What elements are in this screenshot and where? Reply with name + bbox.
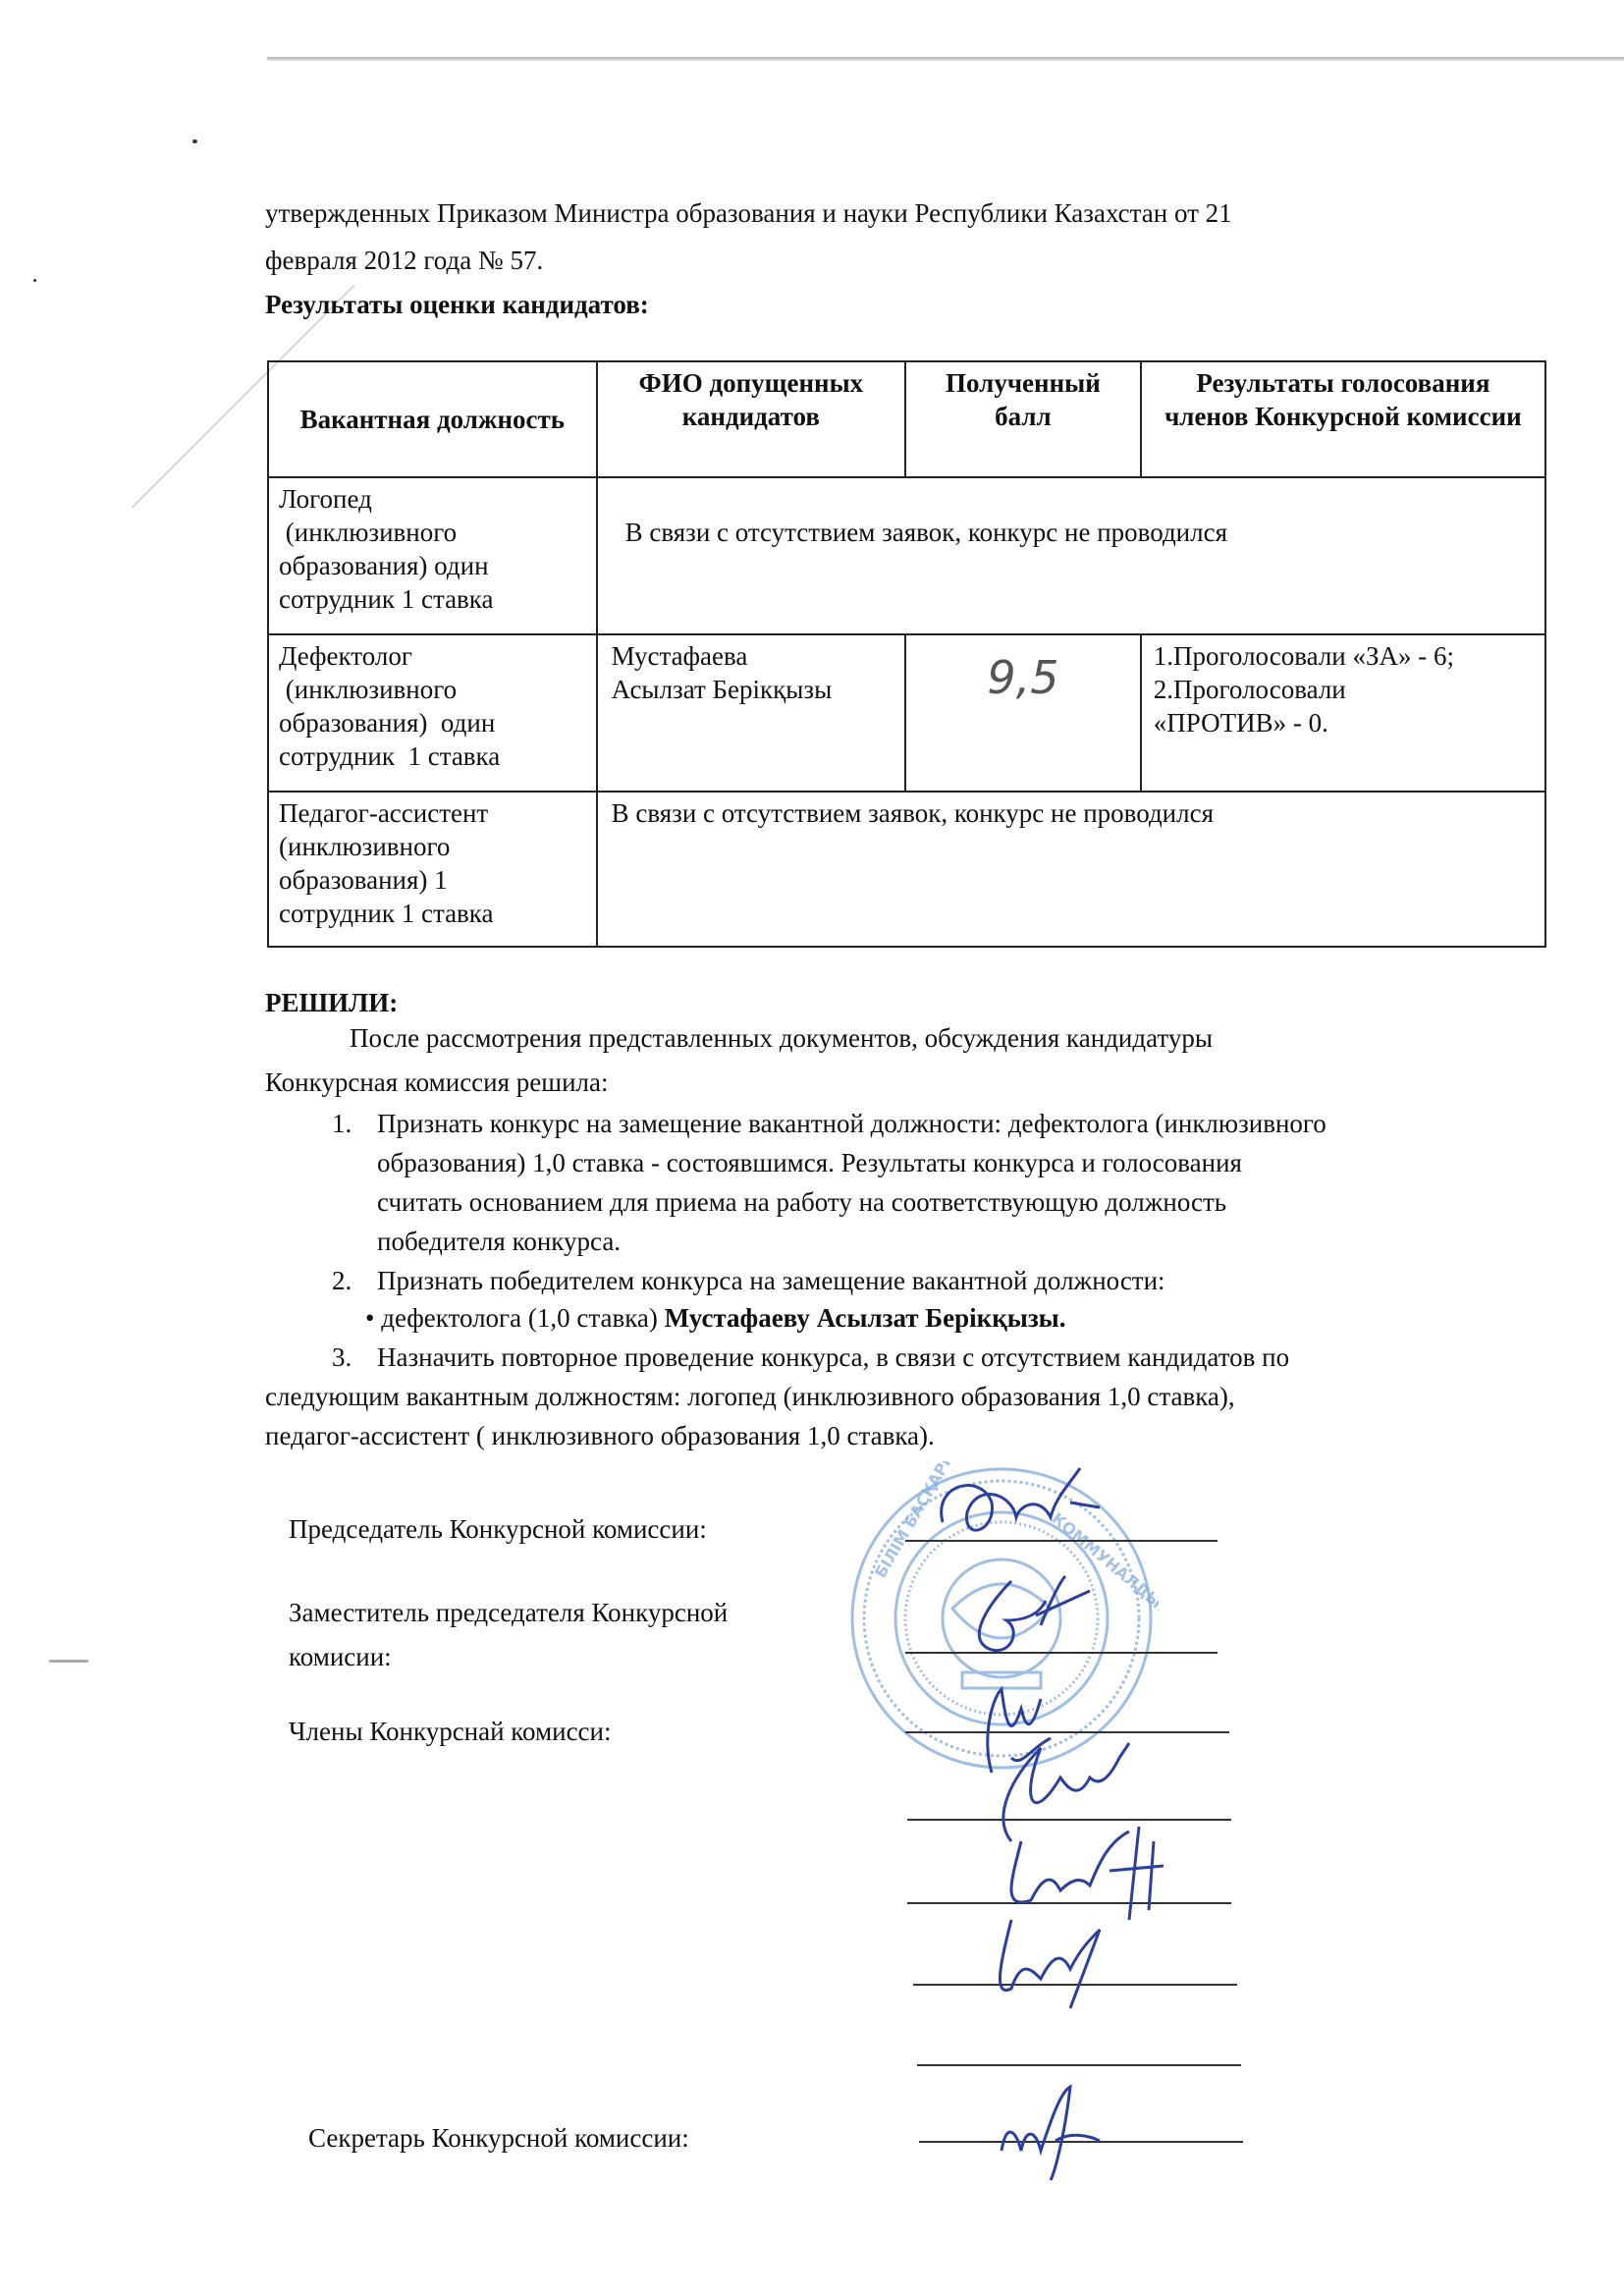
scan-speck <box>192 139 197 143</box>
header-candidates: ФИО допущенных кандидатов <box>597 361 905 477</box>
position-line: образования) один <box>279 549 586 582</box>
votes-for: 1.Проголосовали «ЗА» - 6; <box>1154 639 1535 673</box>
no-applications-note: В связи с отсутствием заявок, конкурс не… <box>612 798 1214 828</box>
winner-name: Мустафаеву Асылзат Берікқызы. <box>665 1303 1066 1333</box>
deputy-label-2: комисии: <box>289 1640 392 1673</box>
bullet-text: дефектолога (1,0 ставка) <box>381 1303 664 1333</box>
candidate-name: Асылзат Берікқызы <box>612 673 894 706</box>
chair-label: Председатель Конкурсной комиссии: <box>289 1512 707 1546</box>
cell-position: Логопед (инклюзивного образования) один … <box>268 477 597 634</box>
member-signature-line <box>917 2064 1241 2066</box>
item-3-line-2: следующим вакантным должностям: логопед … <box>265 1380 1235 1413</box>
secretary-label: Секретарь Конкурсной комиссии: <box>308 2121 689 2155</box>
position-line: (инклюзивного <box>279 830 586 863</box>
scan-mark <box>49 1660 88 1663</box>
handwritten-score: 9,5 <box>987 651 1058 704</box>
cell-score: 9,5 <box>905 634 1141 792</box>
item-2-bullet: • дефектолога (1,0 ставка) Мустафаеву Ас… <box>365 1301 1066 1335</box>
intro-line-2: февраля 2012 года № 57. <box>265 244 543 277</box>
votes-against: «ПРОТИВ» - 0. <box>1154 706 1535 739</box>
item-1-line-3: считать основанием для приема на работу … <box>377 1185 1226 1219</box>
cell-position: Дефектолог (инклюзивного образования) од… <box>268 634 597 792</box>
member-signature-icon <box>972 1910 1129 2018</box>
decision-title: РЕШИЛИ: <box>265 986 398 1019</box>
position-line: образования) 1 <box>279 863 586 897</box>
table-row: Педагог-ассистент (инклюзивного образова… <box>268 792 1545 947</box>
position-line: (инклюзивного <box>279 673 586 706</box>
position-line: сотрудник 1 ставка <box>279 897 586 930</box>
item-1-line-4: победителя конкурса. <box>377 1225 621 1258</box>
position-line: (инклюзивного <box>279 516 586 549</box>
position-line: образования) один <box>279 706 586 739</box>
table-row: Логопед (инклюзивного образования) один … <box>268 477 1545 634</box>
candidate-surname: Мустафаева <box>612 639 894 673</box>
table-header-row: Вакантная должность ФИО допущенных канди… <box>268 361 1545 477</box>
chair-signature-icon <box>923 1463 1149 1552</box>
cell-candidate: Мустафаева Асылзат Берікқызы <box>597 634 905 792</box>
item-2-number: 2. <box>332 1264 352 1297</box>
deputy-signature-icon <box>952 1571 1149 1660</box>
item-3-line-1: Назначить повторное проведение конкурса,… <box>377 1340 1289 1374</box>
deputy-label-1: Заместитель председателя Конкурсной <box>289 1596 728 1629</box>
bullet-icon: • <box>365 1303 381 1333</box>
results-table: Вакантная должность ФИО допущенных канди… <box>267 360 1546 948</box>
cell-note: В связи с отсутствием заявок, конкурс не… <box>597 792 1545 947</box>
decision-lead-1: После рассмотрения представленных докуме… <box>350 1021 1213 1055</box>
cell-votes: 1.Проголосовали «ЗА» - 6; 2.Проголосовал… <box>1141 634 1545 792</box>
decision-lead-2: Конкурсная комиссия решила: <box>265 1066 608 1099</box>
table-row: Дефектолог (инклюзивного образования) од… <box>268 634 1545 792</box>
cell-position: Педагог-ассистент (инклюзивного образова… <box>268 792 597 947</box>
header-votes: Результаты голосования членов Конкурсной… <box>1141 361 1545 477</box>
section-title: Результаты оценки кандидатов: <box>265 288 649 321</box>
item-1-line-2: образования) 1,0 ставка - состоявшимся. … <box>377 1146 1242 1179</box>
item-2-line-1: Признать победителем конкурса на замещен… <box>377 1264 1165 1297</box>
position-line: Логопед <box>279 482 586 516</box>
votes-against-label: 2.Проголосовали <box>1154 673 1535 706</box>
scan-speck <box>33 279 36 282</box>
no-applications-note: В связи с отсутствием заявок, конкурс не… <box>625 518 1227 547</box>
position-line: Педагог-ассистент <box>279 796 586 830</box>
item-1-line-1: Признать конкурс на замещение вакантной … <box>377 1107 1326 1140</box>
position-line: сотрудник 1 ставка <box>279 739 586 773</box>
secretary-signature-icon <box>972 2082 1129 2190</box>
header-score: Полученный балл <box>905 361 1141 477</box>
position-line: сотрудник 1 ставка <box>279 582 586 616</box>
cell-note: В связи с отсутствием заявок, конкурс не… <box>597 477 1545 634</box>
members-label: Члены Конкурснай комисси: <box>289 1715 612 1748</box>
scan-edge <box>267 57 1624 61</box>
item-1-number: 1. <box>332 1107 352 1140</box>
item-3-line-3: педагог-ассистент ( инклюзивного образов… <box>265 1419 935 1452</box>
item-3-number: 3. <box>332 1340 352 1374</box>
intro-line-1: утвержденных Приказом Министра образован… <box>265 196 1232 230</box>
position-line: Дефектолог <box>279 639 586 673</box>
header-position: Вакантная должность <box>268 361 597 477</box>
